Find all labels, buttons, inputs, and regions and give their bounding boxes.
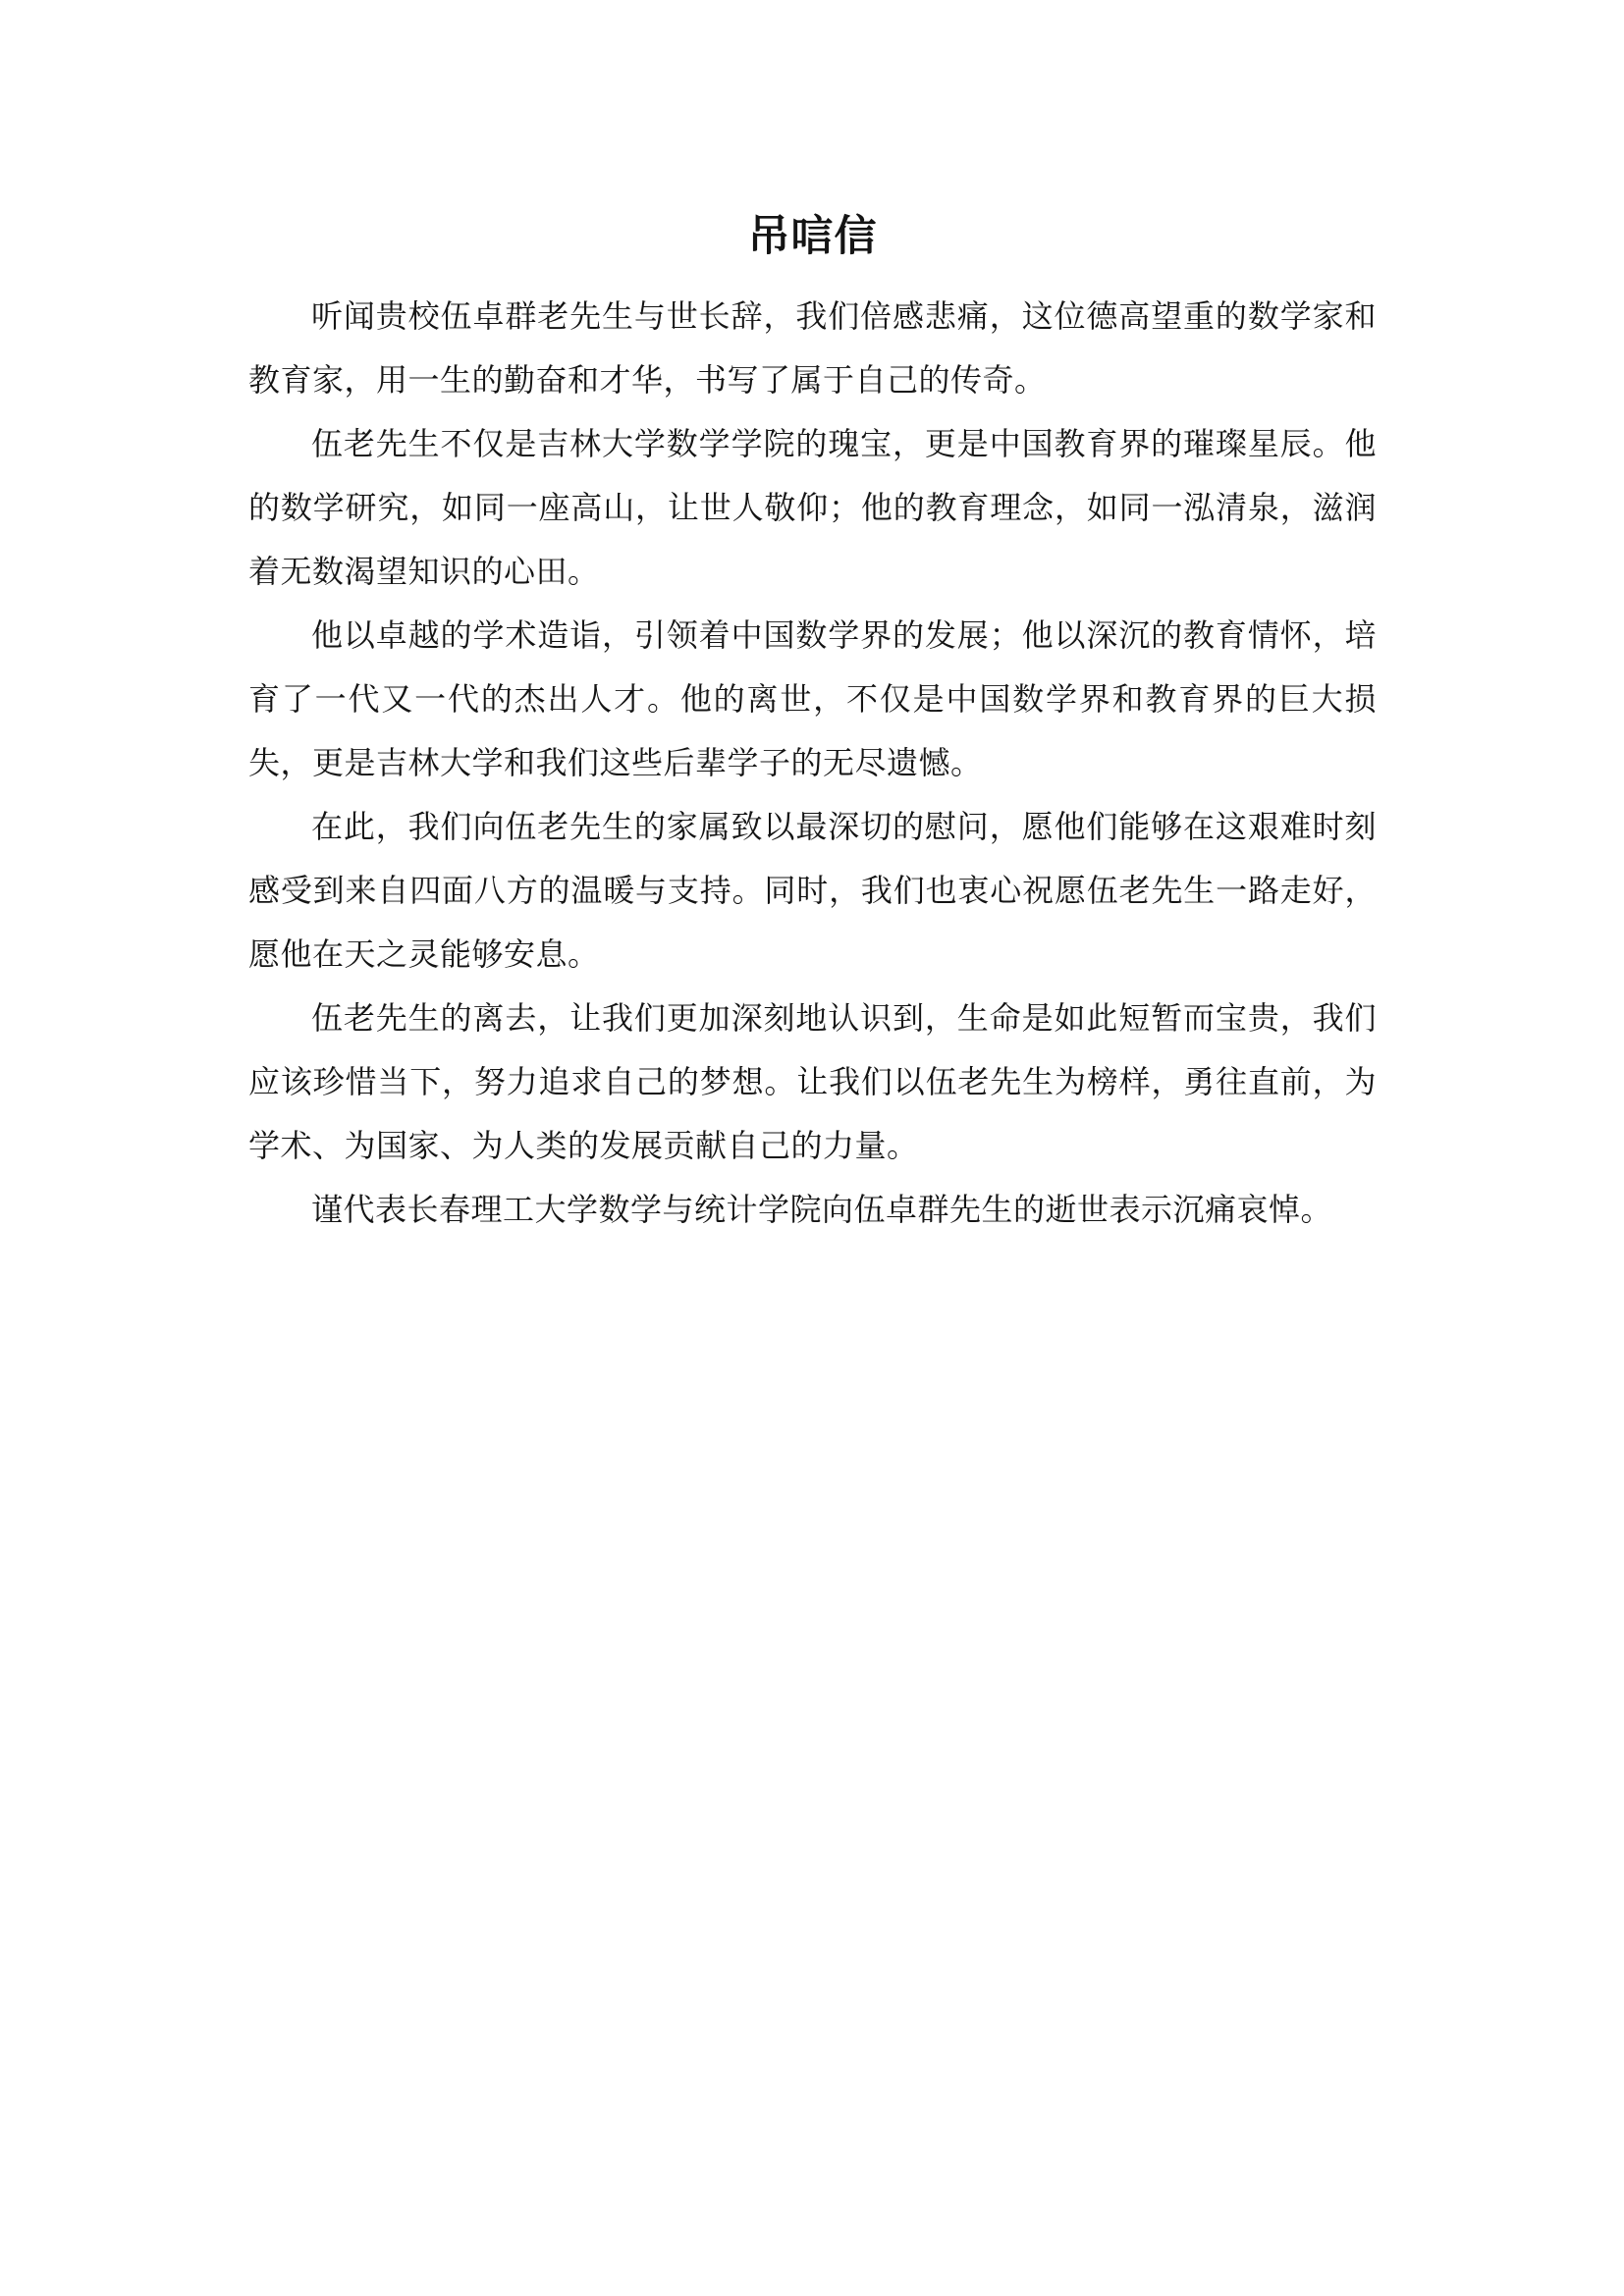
paragraph: 他以卓越的学术造诣，引领着中国数学界的发展；他以深沉的教育情怀，培育了一代又一代… xyxy=(248,604,1377,795)
paragraph: 伍老先生的离去，让我们更加深刻地认识到，生命是如此短暂而宝贵，我们应该珍惜当下，… xyxy=(248,987,1377,1178)
letter-content: 吊唁信 听闻贵校伍卓群老先生与世长辞，我们倍感悲痛，这位德高望重的数学家和教育家… xyxy=(248,202,1377,1242)
document-page: 吊唁信 听闻贵校伍卓群老先生与世长辞，我们倍感悲痛，这位德高望重的数学家和教育家… xyxy=(0,0,1624,2296)
document-title: 吊唁信 xyxy=(248,202,1377,273)
paragraph: 伍老先生不仅是吉林大学数学学院的瑰宝，更是中国教育界的璀璨星辰。他的数学研究，如… xyxy=(248,412,1377,604)
paragraph: 听闻贵校伍卓群老先生与世长辞，我们倍感悲痛，这位德高望重的数学家和教育家，用一生… xyxy=(248,285,1377,412)
paragraph-closing: 谨代表长春理工大学数学与统计学院向伍卓群先生的逝世表示沉痛哀悼。 xyxy=(248,1178,1377,1242)
paragraph: 在此，我们向伍老先生的家属致以最深切的慰问，愿他们能够在这艰难时刻感受到来自四面… xyxy=(248,795,1377,987)
